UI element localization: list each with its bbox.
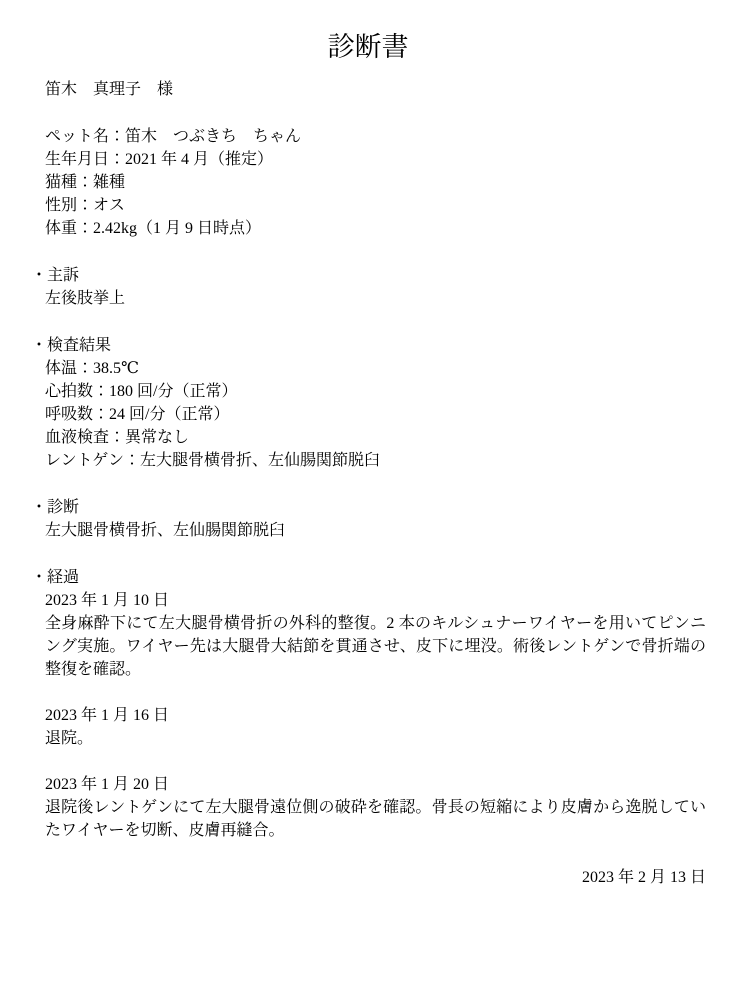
section-heading-diagnosis: ・診断 bbox=[31, 496, 706, 519]
progress-entry-date: 2023 年 1 月 10 日 bbox=[45, 589, 706, 612]
section-chief-complaint: ・主訴 左後肢挙上 bbox=[45, 264, 706, 310]
diagnosis-line: 左大腿骨横骨折、左仙腸関節脱臼 bbox=[45, 519, 706, 542]
section-heading-label: 経過 bbox=[47, 569, 79, 586]
blood-test-line: 血液検査：異常なし bbox=[45, 426, 706, 449]
xray-line: レントゲン：左大腿骨横骨折、左仙腸関節脱臼 bbox=[45, 449, 706, 472]
heart-rate-line: 心拍数：180 回/分（正常） bbox=[45, 380, 706, 403]
progress-entry: 2023 年 1 月 20 日 退院後レントゲンにて左大腿骨遠位側の破砕を確認。… bbox=[45, 773, 706, 842]
progress-entry-date: 2023 年 1 月 20 日 bbox=[45, 773, 706, 796]
respiratory-rate-line: 呼吸数：24 回/分（正常） bbox=[45, 403, 706, 426]
document-title: 診断書 bbox=[45, 33, 691, 61]
weight-line: 体重：2.42kg（1 月 9 日時点） bbox=[45, 217, 706, 240]
bullet-icon: ・ bbox=[31, 499, 47, 516]
progress-entry-date: 2023 年 1 月 16 日 bbox=[45, 704, 706, 727]
section-heading-chief-complaint: ・主訴 bbox=[31, 264, 706, 287]
progress-entry-text: 退院。 bbox=[45, 727, 706, 750]
breed-line: 猫種：雑種 bbox=[45, 171, 706, 194]
section-diagnosis: ・診断 左大腿骨横骨折、左仙腸関節脱臼 bbox=[45, 496, 706, 542]
progress-entry: 2023 年 1 月 10 日 全身麻酔下にて左大腿骨横骨折の外科的整復。2 本… bbox=[45, 589, 706, 681]
issue-date: 2023 年 2 月 13 日 bbox=[45, 866, 706, 889]
section-exam-results: ・検査結果 体温：38.5℃ 心拍数：180 回/分（正常） 呼吸数：24 回/… bbox=[45, 334, 706, 472]
bullet-icon: ・ bbox=[31, 267, 47, 284]
bullet-icon: ・ bbox=[31, 569, 47, 586]
section-heading-progress: ・経過 bbox=[31, 566, 706, 589]
section-heading-label: 診断 bbox=[47, 499, 79, 516]
progress-entry-text: 退院後レントゲンにて左大腿骨遠位側の破砕を確認。骨長の短縮により皮膚から逸脱して… bbox=[45, 796, 706, 842]
section-progress: ・経過 2023 年 1 月 10 日 全身麻酔下にて左大腿骨横骨折の外科的整復… bbox=[45, 566, 706, 842]
birth-date-line: 生年月日：2021 年 4 月（推定） bbox=[45, 148, 706, 171]
pet-info: ペット名：笛木 つぶきち ちゃん 生年月日：2021 年 4 月（推定） 猫種：… bbox=[45, 125, 706, 240]
progress-entry-text: 全身麻酔下にて左大腿骨横骨折の外科的整復。2 本のキルシュナーワイヤーを用いてピ… bbox=[45, 612, 706, 681]
sex-line: 性別：オス bbox=[45, 194, 706, 217]
bullet-icon: ・ bbox=[31, 337, 47, 354]
section-heading-exam-results: ・検査結果 bbox=[31, 334, 706, 357]
temperature-line: 体温：38.5℃ bbox=[45, 357, 706, 380]
section-heading-label: 検査結果 bbox=[47, 337, 111, 354]
recipient-name: 笛木 真理子 様 bbox=[45, 78, 706, 101]
chief-complaint-line: 左後肢挙上 bbox=[45, 287, 706, 310]
section-heading-label: 主訴 bbox=[47, 267, 79, 284]
medical-certificate-page: { "page": { "title": "診断書", "recipient":… bbox=[0, 0, 736, 981]
progress-entry: 2023 年 1 月 16 日 退院。 bbox=[45, 704, 706, 750]
pet-name-line: ペット名：笛木 つぶきち ちゃん bbox=[45, 125, 706, 148]
